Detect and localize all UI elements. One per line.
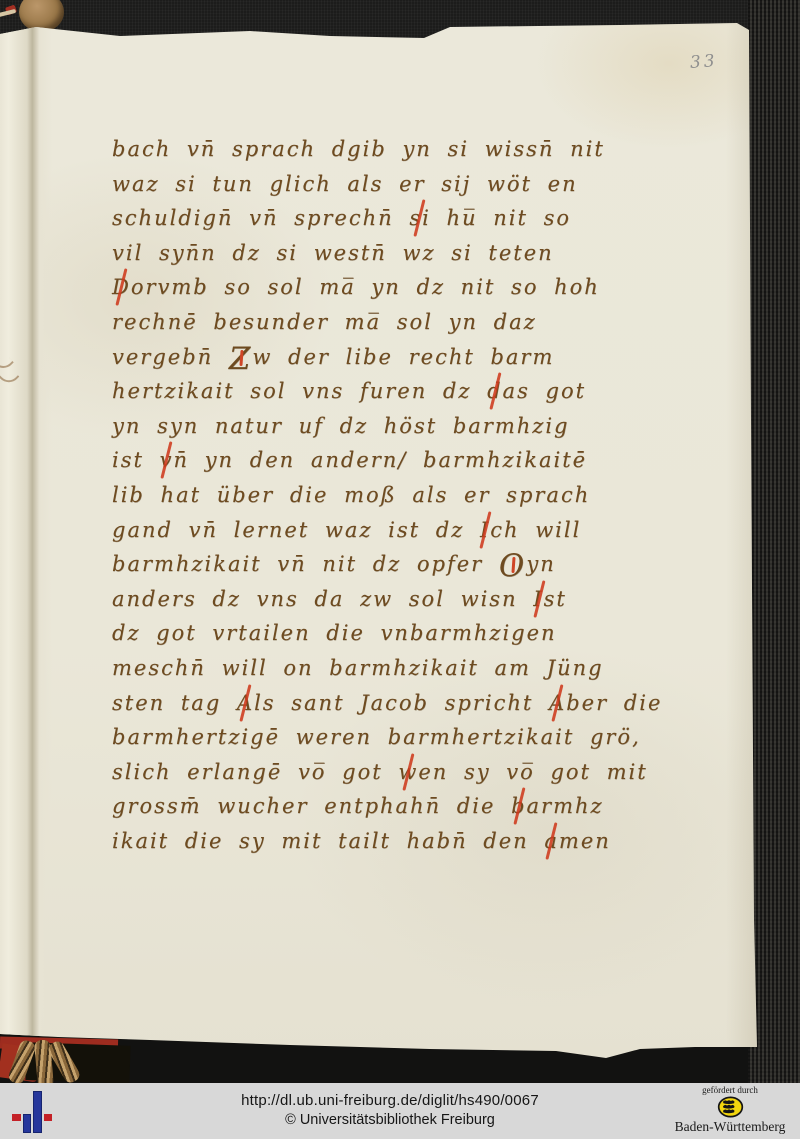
manuscript-line: grossm̄ wucher entphahn̄ die barmhz	[112, 789, 672, 824]
manuscript-line: vil syn̄n dz si westn̄ wz si teten	[112, 236, 672, 271]
folio-number: 33	[689, 51, 718, 73]
ub-freiburg-logo-icon	[0, 1083, 64, 1139]
manuscript-line: Dorvmb so sol ma̅ yn dz nit so hoh	[112, 270, 672, 305]
rubricated-letter: A	[237, 686, 254, 721]
manuscript-line: vergebn̄ Zw der libe recht barm	[112, 340, 672, 375]
book-clasp-knob	[19, 0, 64, 32]
manuscript-line: rechnē besunder ma̅ sol yn daz	[112, 305, 672, 340]
rubricated-letter: si	[409, 201, 431, 236]
manuscript-line: anders dz vns da zw sol wisn Ist	[112, 582, 672, 617]
rubricated-letter: v	[160, 443, 174, 478]
rubricated-letter: A	[549, 686, 566, 721]
manuscript-text: bach vn̄ sprach dgib yn si wissn̄ nitwaz…	[112, 132, 672, 858]
manuscript-page: 33 bach vn̄ sprach dgib yn si wissn̄ nit…	[0, 0, 760, 1062]
baden-wuerttemberg-arms-icon	[717, 1096, 744, 1118]
document-url: http://dl.ub.uni-freiburg.de/diglit/hs49…	[90, 1092, 690, 1109]
rubricated-letter: b	[511, 789, 526, 824]
rubricated-letter: I	[533, 582, 543, 617]
copyright-text: © Universitätsbibliothek Freiburg	[90, 1112, 690, 1128]
funding-credit: gefördert durch Baden-Württemberg	[672, 1085, 788, 1135]
rubricated-letter: a	[544, 824, 559, 859]
manuscript-line: slich erlangē vo̅ got wen sy vo̅ got mi…	[112, 755, 672, 790]
manuscript-line: lib hat über die moß als er sprach	[112, 478, 672, 513]
binding-thread	[0, 9, 16, 17]
manuscript-line: gand vn̄ lernet waz ist dz Ich will	[112, 513, 672, 548]
manuscript-line: barmhertzigē weren barmhertzikait grö,	[112, 720, 672, 755]
digitized-manuscript-viewer: 33 bach vn̄ sprach dgib yn si wissn̄ nit…	[0, 0, 800, 1139]
funding-label: gefördert durch	[672, 1085, 788, 1095]
funding-name: Baden-Württemberg	[672, 1119, 788, 1135]
rubricated-letter: I	[480, 513, 490, 548]
manuscript-line: yn syn natur uf dz höst barmhzig	[112, 409, 672, 444]
manuscript-line: ist vn̄ yn den andern/ barmhzikaitē	[112, 443, 672, 478]
footer-text: http://dl.ub.uni-freiburg.de/diglit/hs49…	[90, 1083, 690, 1128]
manuscript-line: meschn̄ will on barmhzikait am Jüng	[112, 651, 672, 686]
page-gutter-fold	[0, 0, 52, 1062]
manuscript-line: dz got vrtailen die vnbarmhzigen	[112, 616, 672, 651]
rubricated-letter: Z	[229, 349, 253, 369]
manuscript-line: ikait die sy mit tailt habn̄ den amen	[112, 824, 672, 859]
background-fabric	[748, 0, 800, 1083]
rubricated-letter: D	[112, 270, 131, 305]
manuscript-line: schuldign̄ vn̄ sprechn̄ si hu̅ nit so	[112, 201, 672, 236]
rubricated-letter: O	[499, 556, 526, 576]
rubricated-letter: d	[487, 374, 502, 409]
rubricated-letter: w	[398, 755, 418, 790]
manuscript-line: hertzikait sol vns furen dz das got	[112, 374, 672, 409]
manuscript-line: waz si tun glich als er sij wöt en	[112, 167, 672, 202]
manuscript-line: sten tag Als sant Jacob spricht Aber die	[112, 686, 672, 721]
manuscript-line: bach vn̄ sprach dgib yn si wissn̄ nit	[112, 132, 672, 167]
footer-bar: http://dl.ub.uni-freiburg.de/diglit/hs49…	[0, 1083, 800, 1139]
manuscript-line: barmhzikait vn̄ nit dz opfer Oyn	[112, 547, 672, 582]
